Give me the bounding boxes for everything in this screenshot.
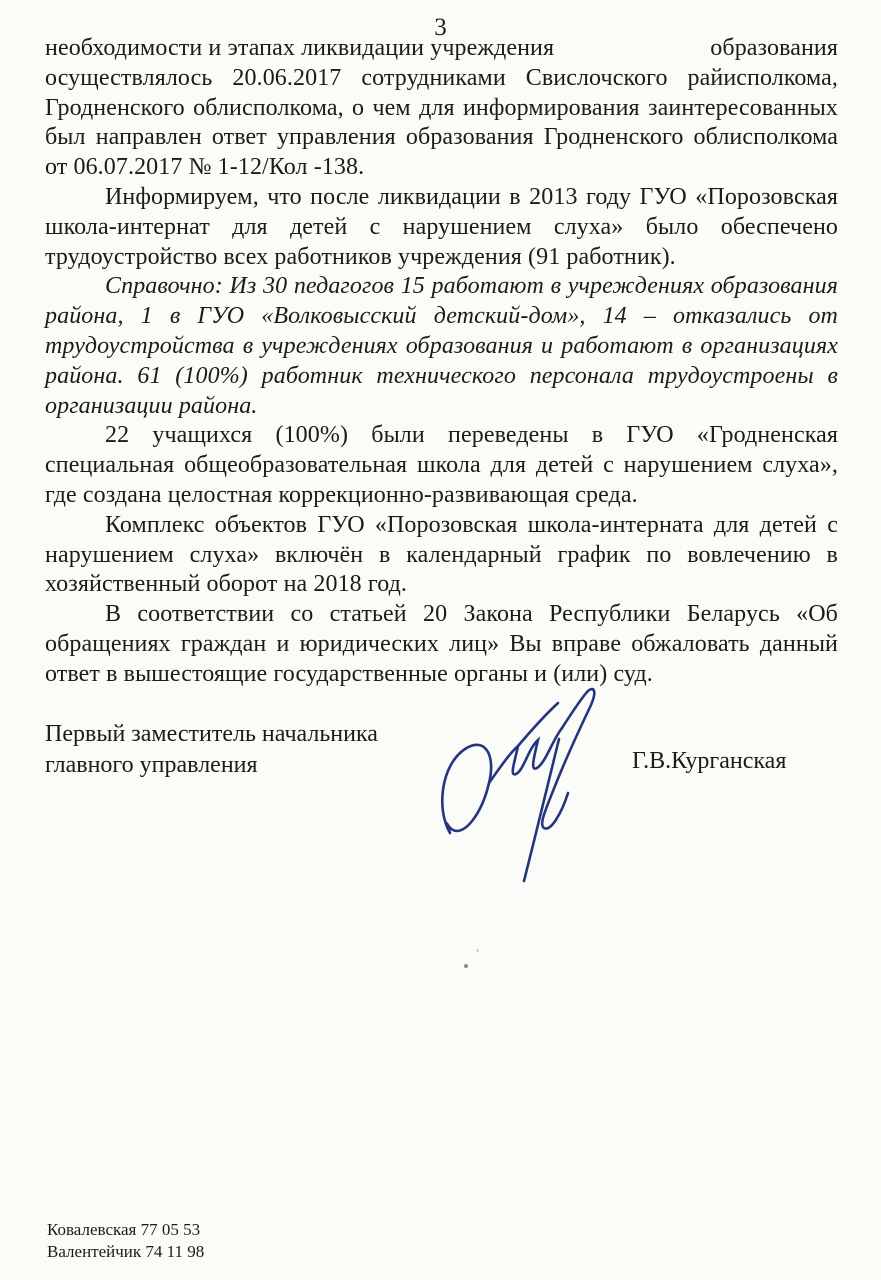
text-line: хозяйственный оборот на 2018 год.: [45, 570, 838, 600]
text-line: был направлен ответ управления образован…: [45, 123, 838, 153]
text-line: нарушением слуха» включён в календарный …: [45, 541, 838, 571]
text-line: специальная общеобразовательная школа дл…: [45, 451, 838, 481]
text-line: обращениях граждан и юридических лиц» Вы…: [45, 630, 838, 660]
text-line: школа-интернат для детей с нарушением сл…: [45, 213, 838, 243]
text-line: Информируем, что после ликвидации в 2013…: [45, 183, 838, 213]
text-line: организации района.: [45, 392, 838, 422]
text-line: 22 учащихся (100%) были переведены в ГУО…: [45, 421, 838, 451]
paragraph: В соответствии со статьей 20 Закона Респ…: [45, 600, 838, 689]
paragraph: Информируем, что после ликвидации в 2013…: [45, 183, 838, 272]
text-line: В соответствии со статьей 20 Закона Респ…: [45, 600, 838, 630]
signer-title-line2: главного управления: [45, 750, 378, 781]
scanned-letter-page: 3 необходимости и этапах ликвидации учре…: [0, 0, 881, 1280]
footer-contact-1: Ковалевская 77 05 53: [47, 1219, 204, 1241]
text-segment: необходимости и этапах ликвидации учрежд…: [45, 34, 554, 64]
text-line: где создана целостная коррекционно-разви…: [45, 481, 838, 511]
signer-title-line1: Первый заместитель начальника: [45, 719, 378, 750]
text-line: района, 1 в ГУО «Волковысский детский-до…: [45, 302, 838, 332]
footer-contact-2: Валентейчик 74 11 98: [47, 1241, 204, 1263]
text-line: от 06.07.2017 № 1-12/Кол -138.: [45, 153, 838, 183]
text-line: осуществлялось 20.06.2017 сотрудниками С…: [45, 64, 838, 94]
paragraph: 22 учащихся (100%) были переведены в ГУО…: [45, 421, 838, 510]
footer-contacts: Ковалевская 77 05 53 Валентейчик 74 11 9…: [47, 1219, 204, 1263]
scan-speck: [476, 949, 479, 952]
paragraph: Комплекс объектов ГУО «Порозовская школа…: [45, 511, 838, 600]
text-line: необходимости и этапах ликвидации учрежд…: [45, 34, 838, 64]
text-line: Комплекс объектов ГУО «Порозовская школа…: [45, 511, 838, 541]
text-line: района. 61 (100%) работник технического …: [45, 362, 838, 392]
paragraph: Справочно: Из 30 педагогов 15 работают в…: [45, 272, 838, 421]
signer-name: Г.В.Курганская: [632, 748, 786, 775]
text-segment: образования: [710, 34, 838, 64]
text-line: Гродненского облисполкома, о чем для инф…: [45, 94, 838, 124]
signer-title: Первый заместитель начальника главного у…: [45, 719, 378, 781]
text-line: трудоустройство всех работников учрежден…: [45, 243, 838, 273]
text-line: Справочно: Из 30 педагогов 15 работают в…: [45, 272, 838, 302]
scan-speck: [464, 964, 468, 968]
text-line: трудоустройства в учреждениях образовани…: [45, 332, 838, 362]
paragraph: необходимости и этапах ликвидации учрежд…: [45, 34, 838, 183]
handwritten-signature-icon: [428, 681, 604, 886]
document-body: необходимости и этапах ликвидации учрежд…: [45, 34, 838, 690]
